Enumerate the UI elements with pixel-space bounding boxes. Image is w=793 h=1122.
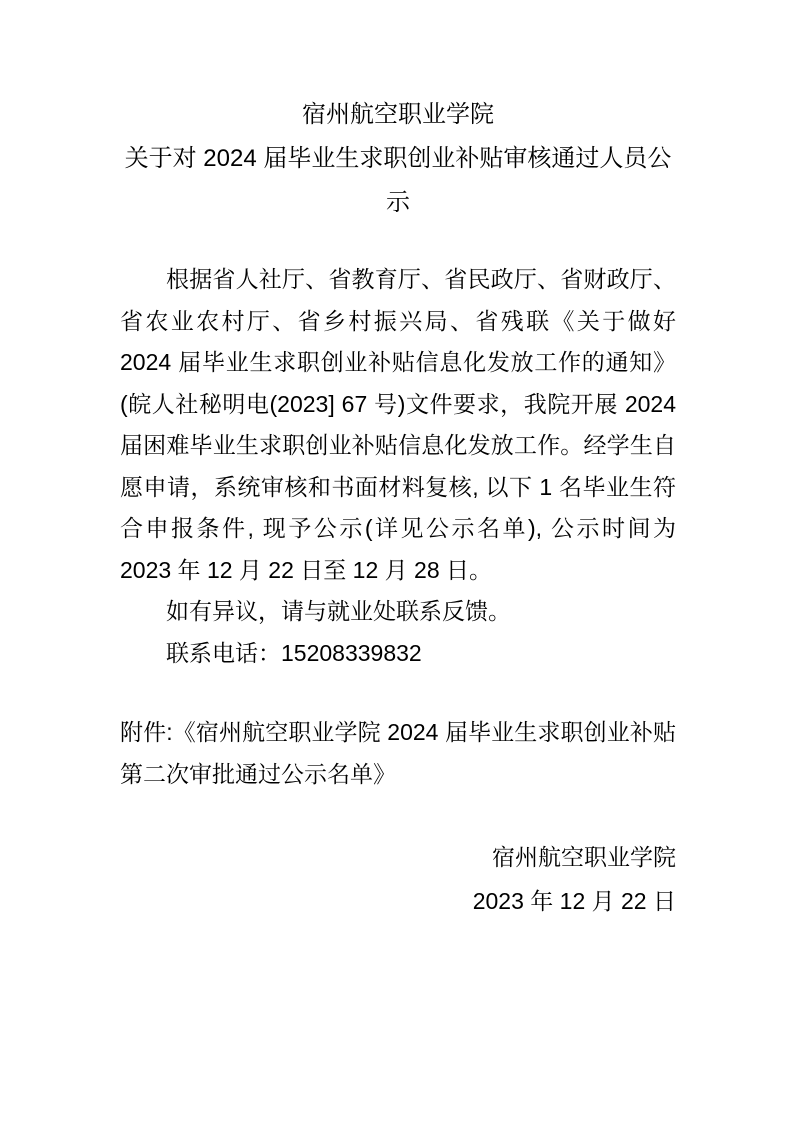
objection-paragraph: 如有异议，请与就业处联系反馈。 [120,591,676,633]
signature-block: 宿州航空职业学院 2023 年 12 月 22 日 [120,835,676,923]
document-page: 宿州航空职业学院 关于对 2024 届毕业生求职创业补贴审核通过人员公示 根据省… [0,0,793,1122]
signature-org: 宿州航空职业学院 [120,835,676,879]
signature-date: 2023 年 12 月 22 日 [120,879,676,923]
contact-line: 联系电话：15208339832 [120,633,676,675]
document-body: 根据省人社厅、省教育厅、省民政厅、省财政厅、省农业农村厅、省乡村振兴局、省残联《… [120,259,676,795]
notice-title: 关于对 2024 届毕业生求职创业补贴审核通过人员公示 [120,137,676,225]
org-title: 宿州航空职业学院 [120,93,676,137]
attachment-line: 附件:《宿州航空职业学院 2024 届毕业生求职创业补贴第二次审批通过公示名单》 [120,712,676,795]
main-paragraph: 根据省人社厅、省教育厅、省民政厅、省财政厅、省农业农村厅、省乡村振兴局、省残联《… [120,259,676,591]
